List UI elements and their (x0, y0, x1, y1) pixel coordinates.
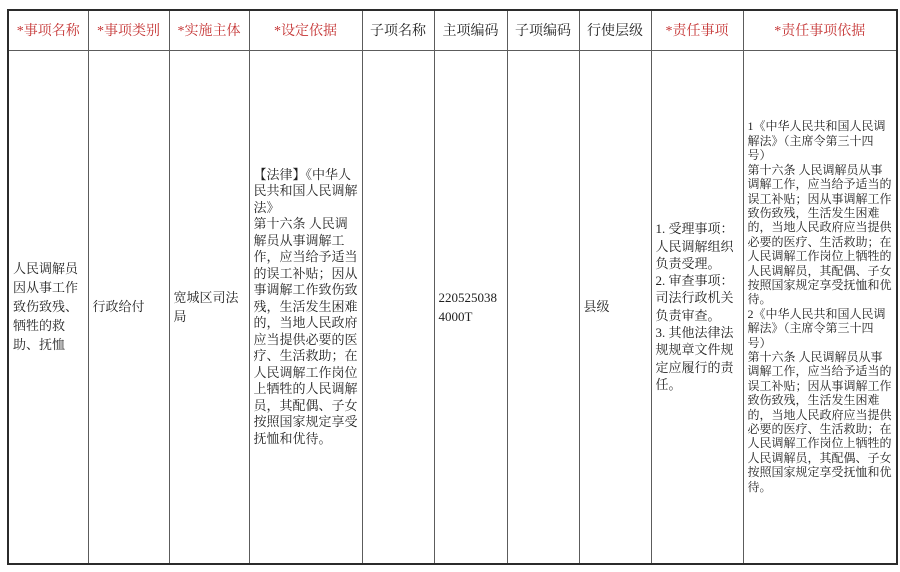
cell-main-item-code: 2205250384000T (434, 50, 507, 564)
header-row: *事项名称 *事项类别 *实施主体 *设定依据 子项名称 主项编码 子项编码 行… (8, 10, 897, 50)
cell-implementing-body: 宽城区司法局 (169, 50, 249, 564)
column-header-item-name: *事项名称 (8, 10, 88, 50)
column-header-exercise-level: 行使层级 (579, 10, 651, 50)
cell-subitem-code (507, 50, 579, 564)
cell-responsibility-basis: 1《中华人民共和国人民调解法》（主席令第三十四号） 第十六条 人民调解员从事调解… (743, 50, 897, 564)
column-header-item-category: *事项类别 (88, 10, 169, 50)
column-header-subitem-code: 子项编码 (507, 10, 579, 50)
cell-setting-basis: 【法律】《中华人民共和国人民调解法》 第十六条 人民调解员从事调解工作，应当给予… (249, 50, 362, 564)
matters-table: *事项名称 *事项类别 *实施主体 *设定依据 子项名称 主项编码 子项编码 行… (7, 9, 898, 565)
cell-item-category: 行政给付 (88, 50, 169, 564)
column-header-subitem-name: 子项名称 (362, 10, 434, 50)
column-header-main-item-code: 主项编码 (434, 10, 507, 50)
column-header-responsibility: *责任事项 (651, 10, 743, 50)
cell-subitem-name (362, 50, 434, 564)
table-row: 人民调解员因从事工作致伤致残、牺牲的救助、抚恤 行政给付 宽城区司法局 【法律】… (8, 50, 897, 564)
cell-item-name: 人民调解员因从事工作致伤致残、牺牲的救助、抚恤 (8, 50, 88, 564)
page-sheet: *事项名称 *事项类别 *实施主体 *设定依据 子项名称 主项编码 子项编码 行… (0, 0, 900, 565)
column-header-setting-basis: *设定依据 (249, 10, 362, 50)
cell-responsibility: 1. 受理事项：人民调解组织负责受理。 2. 审查事项：司法行政机关负责审查。 … (651, 50, 743, 564)
column-header-implementing-body: *实施主体 (169, 10, 249, 50)
cell-exercise-level: 县级 (579, 50, 651, 564)
column-header-responsibility-basis: *责任事项依据 (743, 10, 897, 50)
